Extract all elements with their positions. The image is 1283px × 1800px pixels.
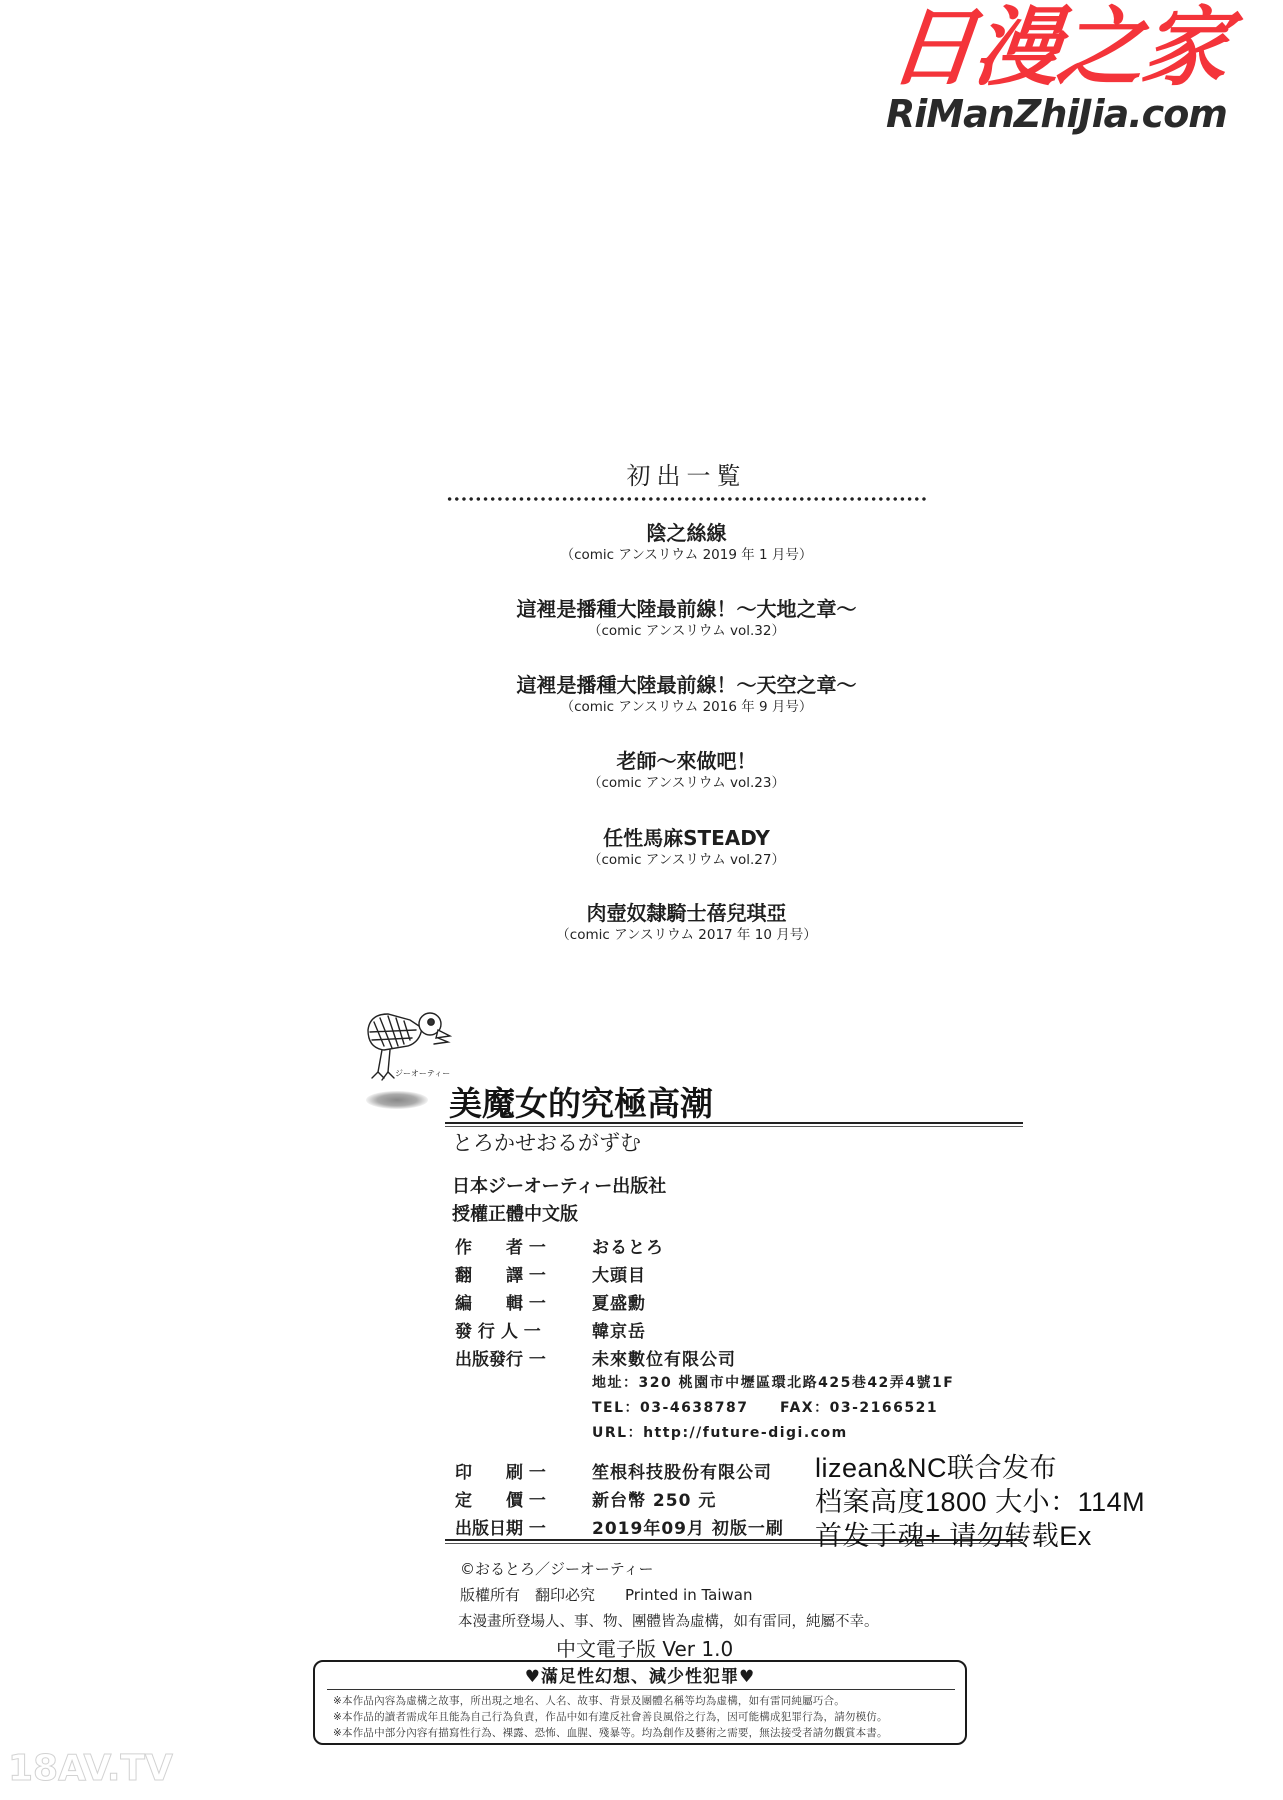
credit-value-issuer: 韓京岳	[592, 1317, 646, 1342]
credit-label-issuer: 發 行 人 一	[455, 1317, 541, 1342]
publisher-url: URL：http://future-digi.com	[592, 1422, 848, 1442]
entry-source: （comic アンスリウム vol.23）	[0, 774, 1283, 792]
credit-label-printer: 印 刷 一	[455, 1458, 546, 1483]
rights-line: 版權所有 翻印必究 Printed in Taiwan	[460, 1584, 752, 1605]
entry-source: （comic アンスリウム 2019 年 1 月号）	[0, 546, 1283, 564]
credit-value-translator: 大頭目	[592, 1261, 646, 1286]
appearance-entry: 陰之絲線 （comic アンスリウム 2019 年 1 月号）	[0, 520, 1283, 564]
credit-value-price: 新台幣 250 元	[592, 1486, 716, 1511]
appearance-entry: 老師～來做吧！ （comic アンスリウム vol.23）	[0, 748, 1283, 792]
entry-source: （comic アンスリウム 2017 年 10 月号）	[0, 926, 1283, 944]
entry-title: 肉壺奴隸騎士蓓兒琪亞	[0, 900, 1283, 926]
appearance-entry: 這裡是播種大陸最前線！～大地之章～ （comic アンスリウム vol.32）	[0, 596, 1283, 640]
credit-label-author: 作 者 一	[455, 1233, 546, 1258]
credit-label-date: 出版日期 一	[455, 1514, 546, 1539]
publisher-address: 地址：320 桃園市中壢區環北路425巷42弄4號1F	[592, 1372, 954, 1392]
warning-line: ※本作品中部分內容有描寫性行為、裸露、恐怖、血腥、殘暴等。均為創作及藝術之需要，…	[333, 1725, 888, 1740]
credit-value-publisher: 未來數位有限公司	[592, 1345, 736, 1370]
credit-value-printer: 笙根科技股份有限公司	[592, 1458, 772, 1483]
entry-title: 任性馬麻STEADY	[0, 825, 1283, 851]
appearance-entry: 任性馬麻STEADY （comic アンスリウム vol.27）	[0, 825, 1283, 869]
warning-box: ♥滿足性幻想、減少性犯罪♥ ※本作品內容為虛構之故事，所出現之地名、人名、故事、…	[313, 1660, 967, 1745]
corner-watermark: 18AV.TV	[8, 1748, 173, 1789]
site-logo-chinese: 日漫之家	[885, 0, 1280, 96]
warning-line: ※本作品內容為虛構之故事，所出現之地名、人名、故事、背景及團體名稱等均為虛構，如…	[333, 1693, 845, 1708]
warning-heading: ♥滿足性幻想、減少性犯罪♥	[315, 1662, 965, 1687]
entry-title: 這裡是播種大陸最前線！～天空之章～	[0, 672, 1283, 698]
publisher-line: 日本ジーオーティー出版社	[452, 1172, 666, 1198]
credit-label-publisher: 出版發行 一	[455, 1345, 546, 1370]
book-title: 美魔女的究極高潮	[449, 1078, 713, 1125]
entry-source: （comic アンスリウム vol.27）	[0, 851, 1283, 869]
dotted-divider	[446, 496, 926, 502]
warning-line: ※本作品的讀者需成年且能為自己行為負責，作品中如有違反社會善良風俗之行為，因可能…	[333, 1709, 888, 1724]
release-note-line3: 首发于魂+ 请勿转载Ex	[815, 1514, 1092, 1553]
entry-title: 老師～來做吧！	[0, 748, 1283, 774]
credit-label-price: 定 價 一	[455, 1486, 546, 1511]
publisher-tel: TEL：03-4638787	[592, 1397, 749, 1417]
credit-value-date: 2019年09月 初版一刷	[592, 1514, 784, 1539]
mascot-label: ジーオーティー	[395, 1068, 450, 1079]
appearance-entry: 肉壺奴隸騎士蓓兒琪亞 （comic アンスリウム 2017 年 10 月号）	[0, 900, 1283, 944]
entry-source: （comic アンスリウム 2016 年 9 月号）	[0, 698, 1283, 716]
first-appearance-heading: 初出一覧	[0, 456, 1283, 491]
site-logo-url: RiManZhiJia.com	[886, 94, 1278, 134]
mascot-shadow	[366, 1091, 428, 1109]
license-line: 授權正體中文版	[452, 1200, 578, 1226]
credit-value-editor: 夏盛勳	[592, 1289, 646, 1314]
entry-title: 這裡是播種大陸最前線！～大地之章～	[0, 596, 1283, 622]
copyright-line: ©おるとろ／ジーオーティー	[460, 1558, 654, 1579]
entry-source: （comic アンスリウム vol.32）	[0, 622, 1283, 640]
edition-version: 中文電子版 Ver 1.0	[556, 1633, 733, 1662]
original-title: とろかせおるがずむ	[452, 1127, 641, 1157]
warning-divider	[327, 1689, 955, 1690]
fiction-disclaimer: 本漫畫所登場人、事、物、團體皆為虛構，如有雷同，純屬不幸。	[458, 1610, 879, 1631]
entry-title: 陰之絲線	[0, 520, 1283, 546]
credit-label-editor: 編 輯 一	[455, 1289, 546, 1314]
publisher-fax: FAX：03-2166521	[780, 1397, 938, 1417]
credit-value-author: おるとろ	[592, 1233, 664, 1258]
credit-label-translator: 翻 譯 一	[455, 1261, 546, 1286]
appearance-entry: 這裡是播種大陸最前線！～天空之章～ （comic アンスリウム 2016 年 9…	[0, 672, 1283, 716]
